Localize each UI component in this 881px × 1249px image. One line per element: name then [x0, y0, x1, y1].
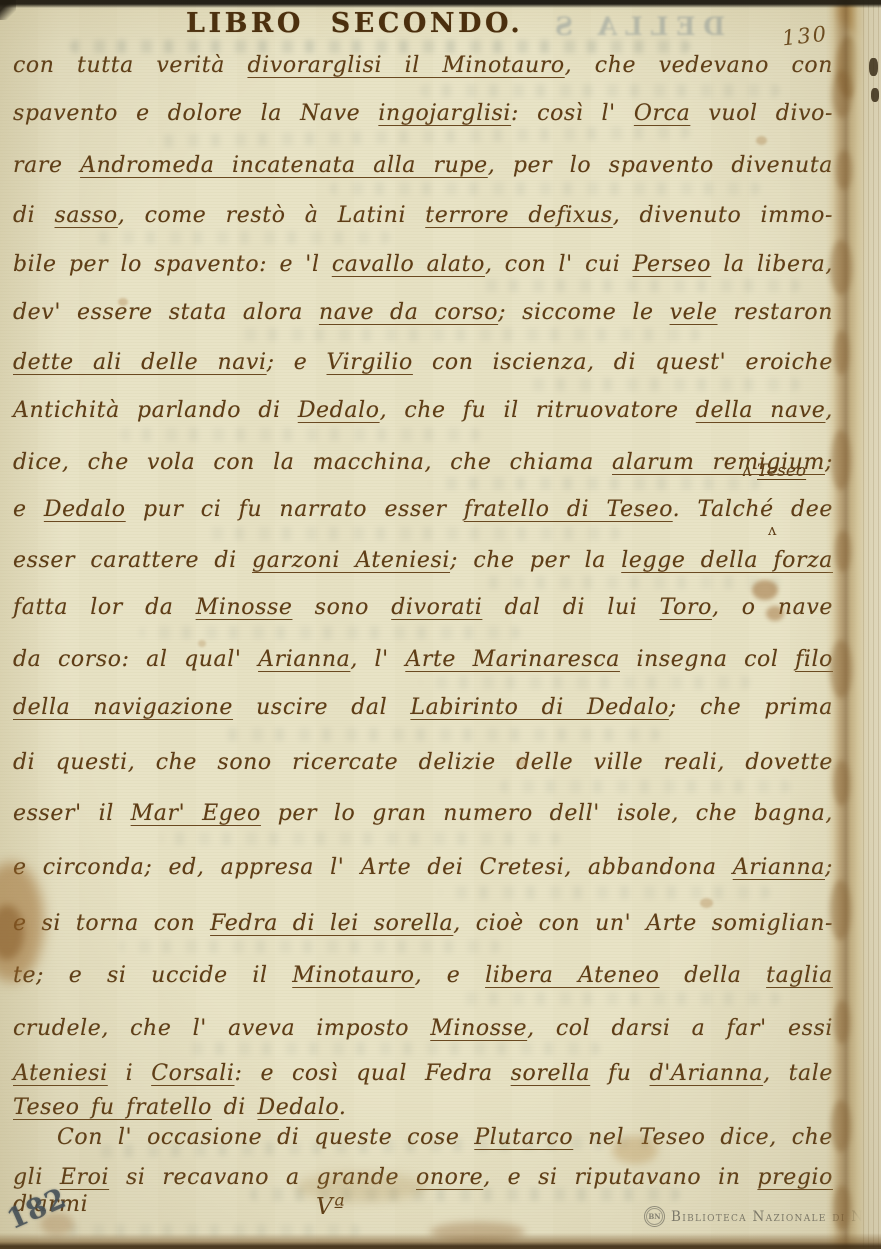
page-edges	[859, 0, 881, 1249]
underlined-phrase: Arianna	[258, 647, 350, 672]
underlined-phrase: Dedalo	[298, 398, 380, 423]
text-segment: crudele, che l' aveva imposto	[13, 1016, 430, 1041]
manuscript-line: e si torna con Fedra di lei sorella, cio…	[13, 910, 833, 937]
underlined-phrase: garzoni Ateniesi	[252, 548, 450, 573]
text-segment: e si torna con	[13, 911, 210, 936]
underlined-phrase: cavallo alato	[332, 252, 485, 277]
bleed-through-line	[420, 84, 780, 97]
text-segment: ; e	[267, 350, 327, 375]
insertion-caret-below: ʌ	[768, 521, 776, 539]
text-segment: per lo gran numero dell' isole, che bagn…	[261, 801, 833, 826]
text-segment: ; che prima	[669, 695, 833, 720]
text-segment: : così l'	[511, 101, 634, 126]
page-title: LIBRO SECONDO.	[186, 8, 523, 39]
manuscript-line: Con l' occasione di queste cose Plutarco…	[13, 1124, 833, 1151]
underlined-phrase: divorarglisi il Minotauro	[247, 53, 564, 78]
underlined-phrase: Labirinto di Dedalo	[410, 695, 668, 720]
bleed-through-line	[160, 832, 560, 845]
underlined-phrase: Perseo	[633, 252, 712, 277]
text-segment: uscire dal	[233, 695, 410, 720]
manuscript-line: crudele, che l' aveva imposto Minosse, c…	[13, 1015, 833, 1042]
manuscript-line: spavento e dolore la Nave ingojarglisi: …	[13, 100, 833, 127]
manuscript-line: e circonda; ed, appresa l' Arte dei Cret…	[13, 854, 833, 881]
text-segment: con iscienza, di quest' eroiche	[413, 350, 833, 375]
text-segment: dev' essere stata alora	[13, 300, 319, 325]
manuscript-line: Teseo fu fratello di Dedalo.	[13, 1094, 833, 1121]
underlined-phrase: Minosse	[196, 595, 293, 620]
text-segment: .	[339, 1095, 347, 1120]
manuscript-scan: DELLA S LIBRO SECONDO. 130 con tutta ver…	[0, 0, 881, 1249]
text-segment: fu	[590, 1061, 649, 1086]
underlined-phrase: Toro	[660, 595, 712, 620]
text-segment: ; che per la	[450, 548, 621, 573]
underlined-phrase: sasso	[55, 203, 118, 228]
underlined-phrase: terrore defixus	[425, 203, 612, 228]
underlined-phrase: legge della forza	[621, 548, 833, 573]
underlined-phrase: Minotauro	[292, 963, 414, 988]
underlined-phrase: Corsali	[151, 1061, 234, 1086]
bleed-through-line	[430, 477, 760, 490]
manuscript-line: e Dedalo pur ci fu narrato esser fratell…	[13, 496, 833, 523]
bleed-through-line	[90, 231, 390, 244]
text-segment: fatta lor da	[13, 595, 196, 620]
underlined-phrase: Dedalo	[258, 1095, 339, 1120]
text-segment: Con l' occasione di queste cose	[57, 1125, 474, 1150]
text-segment: insegna col	[620, 647, 795, 672]
text-segment: pur ci fu narrato esser	[126, 497, 464, 522]
text-segment: , e si riputavano in	[483, 1165, 757, 1190]
text-segment: e circonda; ed, appresa l' Arte dei Cret…	[13, 855, 733, 880]
text-segment: Antichità parlando di	[13, 398, 298, 423]
text-segment: si recavano a grande	[109, 1165, 416, 1190]
text-segment: , e	[415, 963, 486, 988]
text-segment: , che fu il ritruovatore	[380, 398, 696, 423]
bleed-through-line	[440, 886, 770, 899]
text-segment: rare	[13, 153, 80, 178]
text-segment: della	[660, 963, 767, 988]
bnn-logo-icon: BN	[644, 1206, 665, 1227]
underlined-phrase: della nave	[696, 398, 826, 423]
text-segment: i	[108, 1061, 152, 1086]
text-segment: , tale	[763, 1061, 833, 1086]
text-segment: : e così qual Fedra	[235, 1061, 511, 1086]
text-segment: , o nave	[712, 595, 833, 620]
underlined-phrase: divorati	[391, 595, 482, 620]
underlined-phrase: dette ali delle navi	[13, 350, 267, 375]
text-segment: esser' il	[13, 801, 131, 826]
manuscript-line: dette ali delle navi; e Virgilio con isc…	[13, 349, 833, 376]
scan-edge-top	[0, 0, 881, 8]
text-segment: esser carattere di	[13, 548, 252, 573]
text-segment: , divenuto immo-	[613, 203, 833, 228]
underlined-phrase: pregio	[757, 1165, 833, 1190]
text-segment: da corso: al qual'	[13, 647, 258, 672]
manuscript-line: fatta lor da Minosse sono divorati dal d…	[13, 594, 833, 621]
bleed-through-line	[150, 125, 690, 147]
text-segment: nel Teseo dice, che	[573, 1125, 833, 1150]
text-segment: te; e si uccide il	[13, 963, 292, 988]
underlined-phrase: della navigazione	[13, 695, 233, 720]
manuscript-line: di sasso, come restò à Latini terrore de…	[13, 202, 833, 229]
stain	[700, 898, 713, 908]
underlined-phrase: Minosse	[430, 1016, 527, 1041]
text-segment: di	[13, 203, 55, 228]
bleed-through-line	[520, 378, 800, 391]
manuscript-line: dev' essere stata alora nave da corso; s…	[13, 299, 833, 326]
underlined-phrase: Ateniesi	[13, 1061, 108, 1086]
text-segment: . Talché dee	[673, 497, 833, 522]
manuscript-line: di questi, che sono ricercate delizie de…	[13, 749, 833, 776]
manuscript-line: te; e si uccide il Minotauro, e libera A…	[13, 962, 833, 989]
bleed-through-line	[120, 940, 500, 953]
text-segment: ; siccome le	[498, 300, 670, 325]
underlined-phrase: Andromeda incatenata alla rupe	[80, 153, 488, 178]
manuscript-line: con tutta verità divorarglisi il Minotau…	[13, 52, 833, 79]
underlined-phrase: Virgilio	[327, 350, 413, 375]
bnn-monogram: BN	[646, 1208, 663, 1225]
manuscript-line: della navigazione uscire dal Labirinto d…	[13, 694, 833, 721]
text-segment: sono	[292, 595, 391, 620]
stain	[756, 136, 767, 145]
text-segment: , cioè con un' Arte somiglian-	[453, 911, 833, 936]
bleed-through-line	[230, 328, 700, 341]
manuscript-line: esser' il Mar' Egeo per lo gran numero d…	[13, 800, 833, 827]
manuscript-line: bile per lo spavento: e 'l cavallo alato…	[13, 251, 833, 278]
underlined-phrase: Fedra di lei sorella	[210, 911, 453, 936]
underlined-phrase: nave da corso	[319, 300, 498, 325]
text-segment: di	[212, 1095, 258, 1120]
bleed-through-line	[220, 728, 660, 741]
bleed-through-line	[460, 992, 780, 1005]
manuscript-line: rare Andromeda incatenata alla rupe, per…	[13, 152, 833, 179]
bleed-through-line	[470, 279, 800, 292]
underlined-phrase: Mar' Egeo	[131, 801, 261, 826]
text-segment: , come restò à Latini	[118, 203, 426, 228]
text-segment: la libera,	[711, 252, 833, 277]
bleed-through-line	[330, 182, 760, 195]
underlined-phrase: ingojarglisi	[378, 101, 511, 126]
catchword: Vª	[316, 1194, 346, 1220]
underlined-phrase: libera Ateneo	[485, 963, 659, 988]
bleed-through-line	[200, 527, 620, 540]
manuscript-line: dice, che vola con la macchina, che chia…	[13, 449, 833, 476]
bleed-through-line	[140, 626, 520, 639]
text-segment: restaron	[718, 300, 834, 325]
text-segment: , che vedevano con	[565, 53, 833, 78]
text-segment: , l'	[350, 647, 405, 672]
underlined-phrase: sorella	[511, 1061, 590, 1086]
underlined-phrase: d'Arianna	[650, 1061, 764, 1086]
insertion-caret: ʌ	[742, 461, 752, 481]
underlined-phrase: Arte Marinaresca	[405, 647, 620, 672]
bleed-through-line	[180, 1042, 600, 1055]
text-segment: con tutta verità	[13, 53, 247, 78]
underlined-phrase: Arianna	[733, 855, 825, 880]
scan-edge-bottom	[0, 1233, 881, 1249]
manuscript-line: Antichità parlando di Dedalo, che fu il …	[13, 397, 833, 424]
manuscript-line: Ateniesi i Corsali: e così qual Fedra so…	[13, 1060, 833, 1087]
underlined-phrase: Dedalo	[44, 497, 126, 522]
text-segment: e	[13, 497, 44, 522]
bleed-through-line	[500, 780, 790, 793]
underlined-phrase: taglia	[766, 963, 833, 988]
page-number: 130	[781, 22, 829, 51]
underlined-phrase: Eroi	[60, 1165, 109, 1190]
text-segment: , con l' cui	[485, 252, 633, 277]
underlined-phrase: Orca	[634, 101, 690, 126]
scan-edge-topleft	[0, 0, 16, 20]
underlined-phrase: vele	[670, 300, 718, 325]
manuscript-line: da corso: al qual' Arianna, l' Arte Mari…	[13, 646, 833, 673]
underlined-phrase: fratello di Teseo	[464, 497, 673, 522]
interlinear-insertion: ʌ Teseo	[742, 461, 806, 481]
insertion-word: Teseo	[757, 461, 806, 481]
bleed-through-line	[480, 576, 780, 589]
underlined-phrase: Plutarco	[474, 1125, 573, 1150]
text-segment: bile per lo spavento: e 'l	[13, 252, 332, 277]
text-segment: vuol divo-	[690, 101, 833, 126]
manuscript-line: esser carattere di garzoni Ateniesi; che…	[13, 547, 833, 574]
text-segment: , per lo spavento divenuta	[488, 153, 833, 178]
underlined-phrase: onore	[416, 1165, 483, 1190]
text-segment: dal di lui	[482, 595, 659, 620]
bleed-through-line	[420, 676, 750, 689]
text-segment: , col darsi a far' essi	[527, 1016, 833, 1041]
text-segment: spavento e dolore la Nave	[13, 101, 378, 126]
bleed-through-line	[120, 428, 480, 441]
text-segment: dice, che vola con la macchina, che chia…	[13, 450, 612, 475]
text-segment: di questi, che sono ricercate delizie de…	[13, 750, 833, 775]
underlined-phrase: Teseo fu fratello	[13, 1095, 212, 1120]
